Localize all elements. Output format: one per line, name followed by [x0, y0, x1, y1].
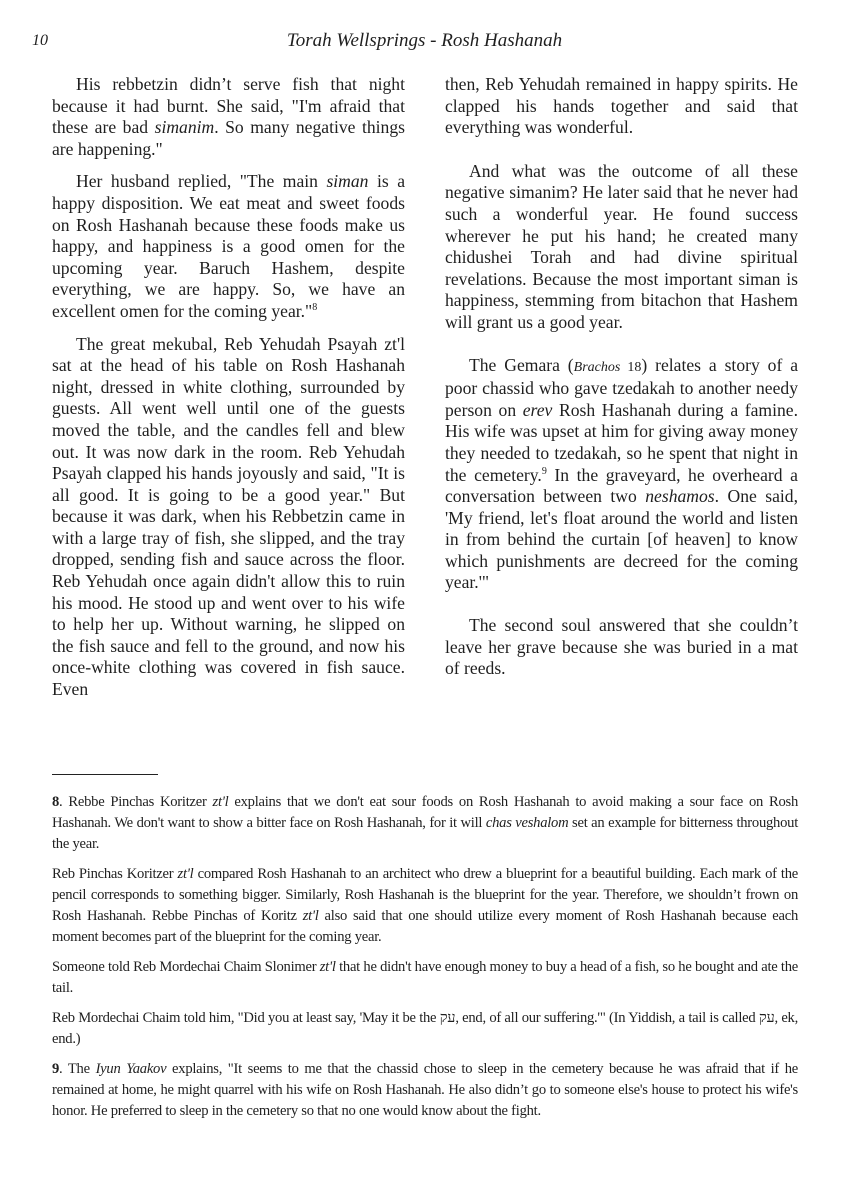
italic-term: erev	[523, 400, 553, 420]
text-run: Someone told Reb Mordechai Chaim Slonime…	[52, 959, 320, 975]
footnote-8-tail: Reb Mordechai Chaim told him, "Did you a…	[52, 1008, 798, 1050]
left-column: His rebbetzin didn’t serve fish that nig…	[52, 74, 405, 701]
footnote-ref-8[interactable]: 8	[312, 302, 317, 313]
text-run: . Rebbe Pinchas Koritzer	[59, 794, 212, 810]
footnote-number: 9	[52, 1061, 59, 1077]
italic-term: zt'l	[178, 866, 194, 882]
footnote-8-blueprint: Reb Pinchas Koritzer zt'l compared Rosh …	[52, 864, 798, 948]
footnote-8: 8. Rebbe Pinchas Koritzer zt'l explains …	[52, 792, 798, 855]
source-page: 18	[620, 360, 641, 375]
italic-term: simanim	[155, 117, 215, 137]
paragraph-reb-yehudah-psayah: The great mekubal, Reb Yehudah Psayah zt…	[52, 334, 405, 701]
italic-term: siman	[326, 171, 368, 191]
right-column: then, Reb Yehudah remained in happy spir…	[445, 74, 798, 680]
italic-term: neshamos	[645, 486, 714, 506]
text-run: Her husband replied, "The main	[76, 171, 326, 191]
body-columns: His rebbetzin didn’t serve fish that nig…	[52, 74, 798, 754]
text-run: The Gemara (	[469, 355, 574, 375]
italic-term: zt'l	[320, 959, 336, 975]
text-run: . The	[59, 1061, 96, 1077]
footnote-divider	[52, 774, 158, 775]
italic-term: zt'l	[303, 908, 319, 924]
text-run: Reb Pinchas Koritzer	[52, 866, 178, 882]
paragraph-rebbetzin-fish: His rebbetzin didn’t serve fish that nig…	[52, 74, 405, 160]
footnote-number: 8	[52, 794, 59, 810]
source-citation: Brachos	[574, 360, 621, 375]
page-header: 10 Torah Wellsprings - Rosh Hashanah	[28, 30, 821, 56]
running-title: Torah Wellsprings - Rosh Hashanah	[28, 30, 821, 52]
italic-term: chas veshalom	[486, 815, 569, 831]
paragraph-second-soul: The second soul answered that she couldn…	[445, 615, 798, 680]
paragraph-continuation: then, Reb Yehudah remained in happy spir…	[445, 74, 798, 139]
italic-term: Iyun Yaakov	[96, 1061, 167, 1077]
paragraph-husband-reply: Her husband replied, "The main siman is …	[52, 171, 405, 322]
footnotes: 8. Rebbe Pinchas Koritzer zt'l explains …	[52, 792, 798, 1131]
footnote-9: 9. The Iyun Yaakov explains, "It seems t…	[52, 1059, 798, 1122]
paragraph-gemara-story: The Gemara (Brachos 18) relates a story …	[445, 355, 798, 595]
italic-term: zt'l	[213, 794, 229, 810]
footnote-8-slonimer: Someone told Reb Mordechai Chaim Slonime…	[52, 957, 798, 999]
paragraph-outcome: And what was the outcome of all these ne…	[445, 161, 798, 334]
text-run: is a happy disposition. We eat meat and …	[52, 171, 405, 321]
